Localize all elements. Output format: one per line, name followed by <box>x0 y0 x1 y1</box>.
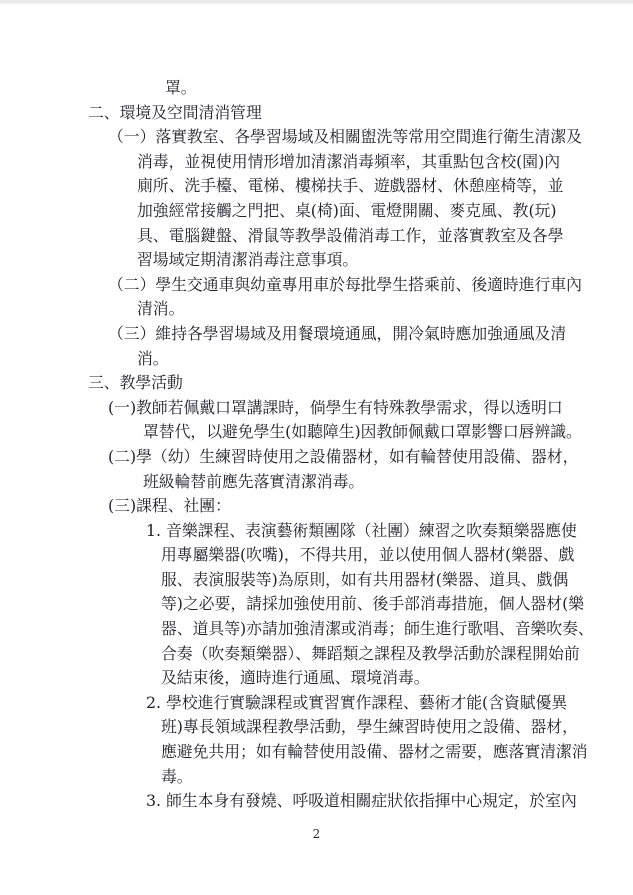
text-line: 3. 師生本身有發燒、呼吸道相關症狀依指揮中心規定，於室內 <box>0 789 633 814</box>
text-line: 及結束後，適時進行通風、環境消毒。 <box>0 666 633 691</box>
text-line: （一）落實教室、各學習場域及相關盥洗等常用空間進行衛生清潔及 <box>0 125 633 150</box>
text-line: 等)之必要，請採加強使用前、後手部消毒措施，個人器材(樂 <box>0 592 633 617</box>
text-line: 1. 音樂課程、表演藝術類團隊（社團）練習之吹奏類樂器應使 <box>0 519 633 544</box>
text-line: 具、電腦鍵盤、滑鼠等教學設備消毒工作，並落實教室及各學 <box>0 224 633 249</box>
text-line: 消。 <box>0 347 633 372</box>
text-line: (一)教師若佩戴口罩講課時，倘學生有特殊教學需求，得以透明口 <box>0 396 633 421</box>
text-line: 器、道具等)亦請加強清潔或消毒；師生進行歌唱、音樂吹奏、 <box>0 617 633 642</box>
text-line: 毒。 <box>0 765 633 790</box>
text-line: 二、環境及空間清消管理 <box>0 101 633 126</box>
text-line: 習場域定期清潔消毒注意事項。 <box>0 248 633 273</box>
text-line: (三)課程、社團： <box>0 494 633 519</box>
text-line: （二）學生交通車與幼童專用車於每批學生搭乘前、後適時進行車內 <box>0 273 633 298</box>
text-line: 用專屬樂器(吹嘴)，不得共用，並以使用個人器材(樂器、戲 <box>0 543 633 568</box>
text-line: 加強經常接觸之門把、桌(椅)面、電燈開關、麥克風、教(玩) <box>0 199 633 224</box>
text-line: 2. 學校進行實驗課程或實習實作課程、藝術才能(含資賦優異 <box>0 691 633 716</box>
text-line: 罩替代，以避免學生(如聽障生)因教師佩戴口罩影響口唇辨識。 <box>0 420 633 445</box>
text-line: 三、教學活動 <box>0 371 633 396</box>
page-top-edge-divider <box>0 0 633 4</box>
text-line: 應避免共用；如有輪替使用設備、器材之需要，應落實清潔消 <box>0 740 633 765</box>
text-line: 合奏（吹奏類樂器）、舞蹈類之課程及教學活動於課程開始前 <box>0 642 633 667</box>
page-number: 2 <box>0 827 633 841</box>
document-body: 罩。二、環境及空間清消管理（一）落實教室、各學習場域及相關盥洗等常用空間進行衛生… <box>0 76 633 814</box>
text-line: 班)專長領域課程教學活動，學生練習時使用之設備、器材， <box>0 715 633 740</box>
text-line: 消毒，並視使用情形增加清潔消毒頻率，其重點包含校(園)內 <box>0 150 633 175</box>
text-line: 服、表演服裝等)為原則，如有共用器材(樂器、道具、戲偶 <box>0 568 633 593</box>
text-line: (二)學（幼）生練習時使用之設備器材，如有輪替使用設備、器材， <box>0 445 633 470</box>
text-line: 班級輪替前應先落實清潔消毒。 <box>0 470 633 495</box>
document-page: 罩。二、環境及空間清消管理（一）落實教室、各學習場域及相關盥洗等常用空間進行衛生… <box>0 0 633 895</box>
text-line: 罩。 <box>0 76 633 101</box>
text-line: （三）維持各學習場域及用餐環境通風，開冷氣時應加強通風及清 <box>0 322 633 347</box>
text-line: 廁所、洗手檯、電梯、樓梯扶手、遊戲器材、休憩座椅等，並 <box>0 174 633 199</box>
text-line: 清消。 <box>0 297 633 322</box>
